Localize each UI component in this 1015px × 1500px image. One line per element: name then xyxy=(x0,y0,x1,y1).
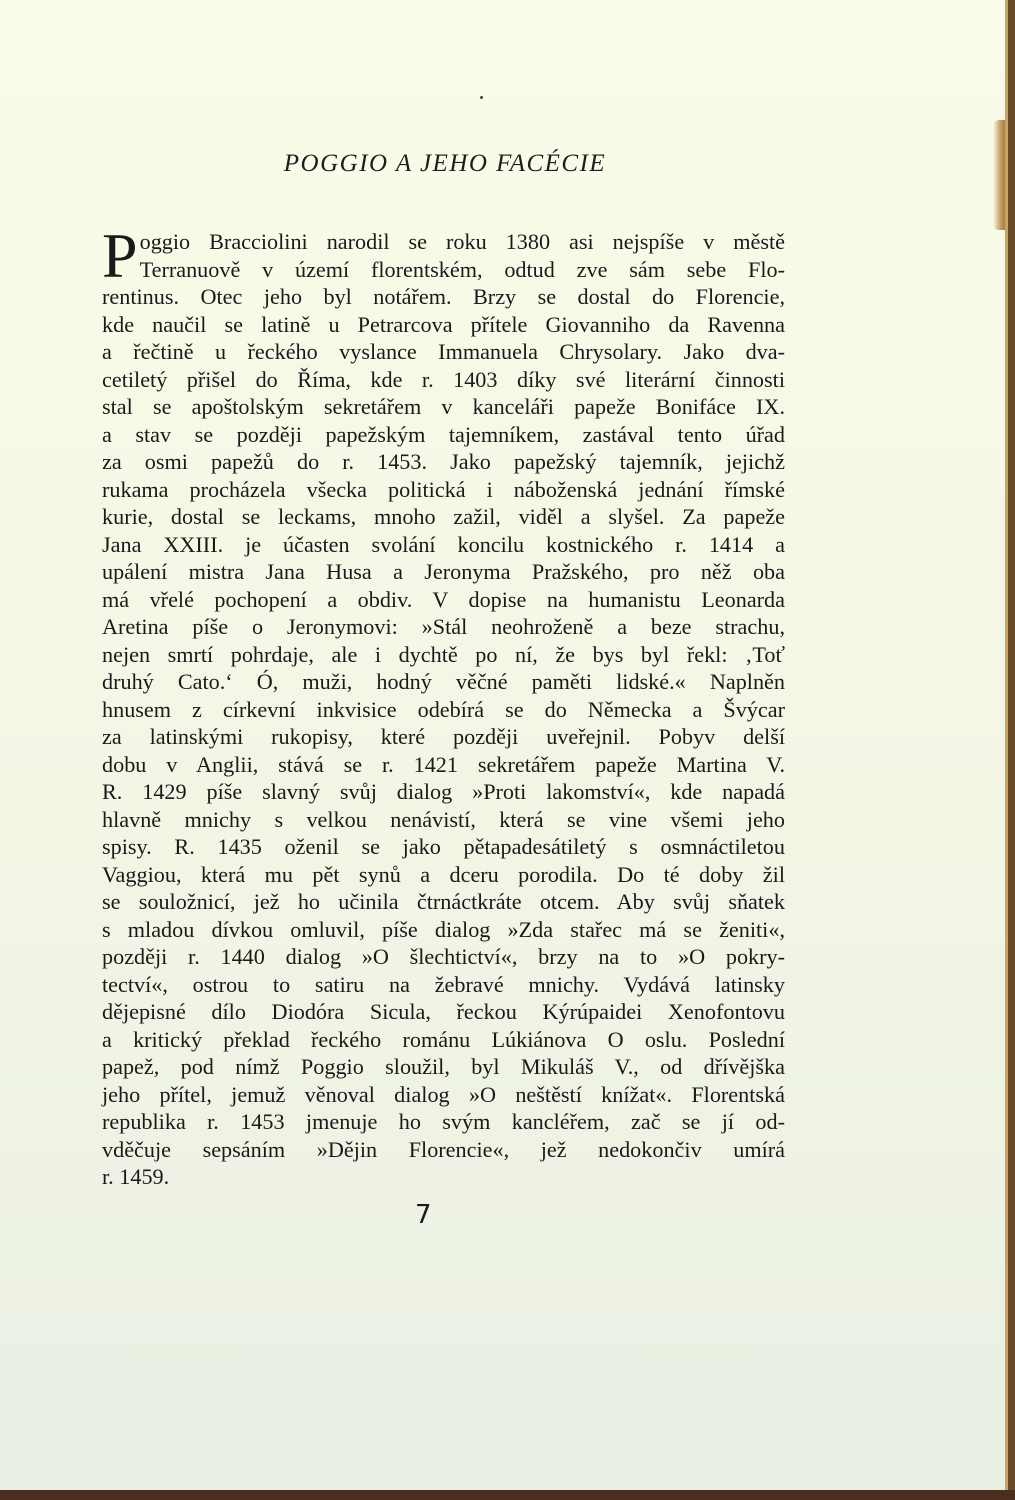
text-line: hnusem z církevní inkvisice odebírá se d… xyxy=(102,696,785,724)
text-line: druhý Cato.‘ Ó, muži, hodný věčné paměti… xyxy=(102,668,785,696)
text-line: s mladou dívkou omluvil, píše dialog »Zd… xyxy=(102,916,785,944)
book-page: POGGIO A JEHO FACÉCIE P oggio Bracciolin… xyxy=(0,0,1008,1492)
text-line: hlavně mnichy s velkou nenávistí, která … xyxy=(102,806,785,834)
drop-cap: P xyxy=(102,230,138,282)
text-line: dějepisné dílo Diodóra Sicula, řeckou Ký… xyxy=(102,998,785,1026)
text-line: Terranuově v území florentském, odtud zv… xyxy=(102,256,785,284)
text-line: Vaggiou, která mu pět synů a dceru porod… xyxy=(102,861,785,889)
chapter-title: POGGIO A JEHO FACÉCIE xyxy=(0,150,890,178)
text-line: má vřelé pochopení a obdiv. V dopise na … xyxy=(102,586,785,614)
text-line: nejen smrtí pohrdaje, ale i dychtě po ní… xyxy=(102,641,785,669)
text-line: a stav se později papežským tajemníkem, … xyxy=(102,421,785,449)
text-line: kde naučil se latině u Petrarcova přítel… xyxy=(102,311,785,339)
text-line: kurie, dostal se leckams, mnoho zažil, v… xyxy=(102,503,785,531)
text-line: rentinus. Otec jeho byl notářem. Brzy se… xyxy=(102,283,785,311)
text-line: Jana XXIII. je účasten svolání koncilu k… xyxy=(102,531,785,559)
text-line: vděčuje sepsáním »Dějin Florencie«, jež … xyxy=(102,1136,785,1164)
text-line: republika r. 1453 jmenuje ho svým kanclé… xyxy=(102,1108,785,1136)
text-line: dobu v Anglii, stává se r. 1421 sekretář… xyxy=(102,751,785,779)
page-edge-stain xyxy=(993,120,1005,230)
text-line: tectví«, ostrou to satiru na žebravé mni… xyxy=(102,971,785,999)
page-bottom-edge xyxy=(0,1490,1015,1500)
text-line: papež, pod nímž Poggio sloužil, byl Miku… xyxy=(102,1053,785,1081)
text-line: později r. 1440 dialog »O šlechtictví«, … xyxy=(102,943,785,971)
text-line: za osmi papežů do r. 1453. Jako papežský… xyxy=(102,448,785,476)
text-line: oggio Bracciolini narodil se roku 1380 a… xyxy=(102,228,785,256)
page-number: 7 xyxy=(415,1200,432,1230)
text-line: a řečtině u řeckého vyslance Immanuela C… xyxy=(102,338,785,366)
text-line: za latinskými rukopisy, které později uv… xyxy=(102,723,785,751)
text-line: cetiletý přišel do Říma, kde r. 1403 dík… xyxy=(102,366,785,394)
ink-speck xyxy=(480,96,483,99)
text-line: rukama procházela všecka politická i náb… xyxy=(102,476,785,504)
text-line: upálení mistra Jana Husa a Jeronyma Praž… xyxy=(102,558,785,586)
text-line: stal se apoštolským sekretářem v kancelá… xyxy=(102,393,785,421)
text-line: r. 1459. xyxy=(102,1163,785,1191)
text-line: se souložnicí, jež ho učinila čtrnáctkrá… xyxy=(102,888,785,916)
text-line: spisy. R. 1435 oženil se jako pětapadesá… xyxy=(102,833,785,861)
text-line: a kritický překlad řeckého románu Lúkián… xyxy=(102,1026,785,1054)
text-line: jeho přítel, jemuž věnoval dialog »O neš… xyxy=(102,1081,785,1109)
text-line: R. 1429 píše slavný svůj dialog »Proti l… xyxy=(102,778,785,806)
text-line: Aretina píše o Jeronymovi: »Stál neohrož… xyxy=(102,613,785,641)
body-paragraph: P oggio Bracciolini narodil se roku 1380… xyxy=(102,228,785,1191)
